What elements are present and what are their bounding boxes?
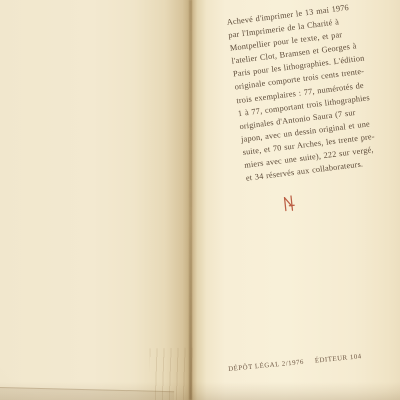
colophon-text-block: Achevé d'imprimer le 13 mai 1976 par l'I… — [226, 0, 378, 185]
left-blank-page — [0, 0, 192, 400]
bottom-shadow — [0, 382, 400, 400]
book-gutter-fold — [189, 0, 192, 400]
red-monogram-icon — [282, 194, 296, 213]
open-book-photo: Achevé d'imprimer le 13 mai 1976 par l'I… — [0, 0, 400, 400]
